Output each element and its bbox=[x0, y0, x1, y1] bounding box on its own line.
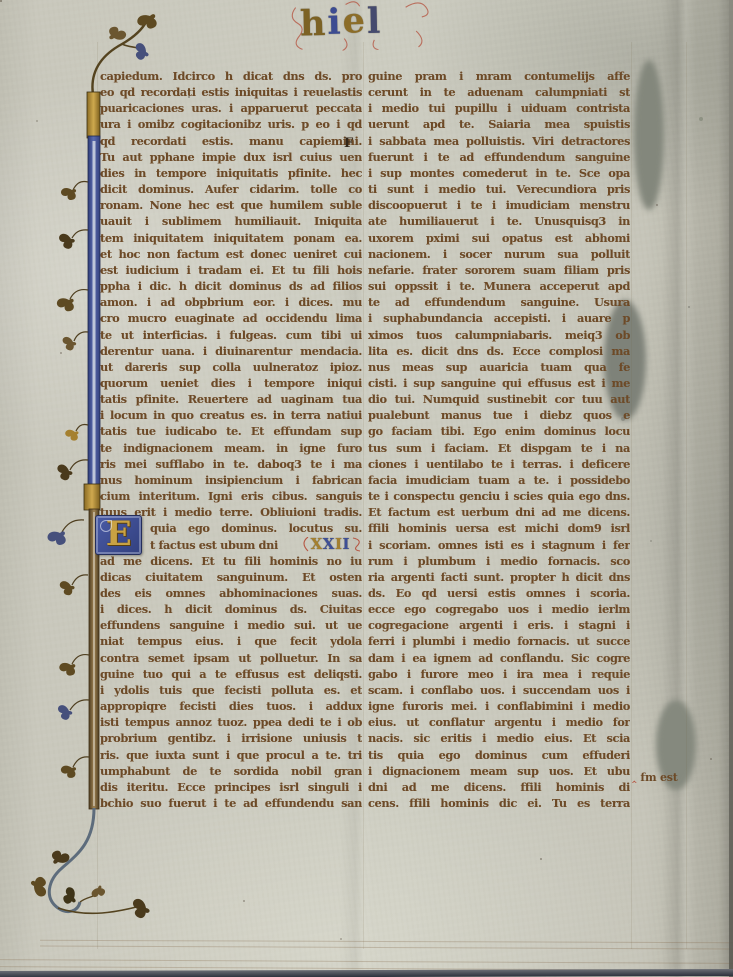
text-line: effundens sanguine i medio sui. ut ue bbox=[100, 617, 362, 633]
text-line: ximos tuos calumpniabaris. meiq3 ob bbox=[368, 327, 630, 343]
text-line: nefarie. frater sororem suam filiam pris bbox=[368, 262, 630, 278]
ruling-line-horizontal bbox=[0, 959, 733, 964]
text-line: probrium gentibz. i irrisione uniusis t bbox=[100, 730, 362, 746]
bottom-vine bbox=[49, 808, 140, 913]
text-line: des eis omnes abhominaciones suas. bbox=[100, 585, 362, 601]
text-line: cisti. i sup sanguine qui effusus est i … bbox=[368, 375, 630, 391]
text-line: gabo i furore meo i ira mea i requie bbox=[368, 666, 630, 682]
text-line: dni ad me dicens. ffili hominis di bbox=[368, 779, 630, 795]
text-line: t factus est ubum dni bbox=[150, 537, 278, 553]
text-line: discoopuerut i te i imudiciam menstru bbox=[368, 197, 630, 213]
text-line: amon. i ad obpbrium eor. i dices. mu bbox=[100, 294, 362, 310]
red-penwork-flourish-icon bbox=[351, 537, 361, 552]
text-line: igne furoris mei. i conflabimini i medio bbox=[368, 698, 630, 714]
chapter-numeral: X X I I bbox=[301, 537, 362, 552]
text-line: nacionem. i socer nurum sua polluit bbox=[368, 246, 630, 262]
text-line: ppha i dic. h dicit dominus ds ad filios bbox=[100, 278, 362, 294]
text-line: dam i ea ignem ad conflandu. Sic cogre bbox=[368, 650, 630, 666]
running-title-letter: h bbox=[300, 2, 328, 47]
text-line: eo qd recordati estis iniquitas i reuela… bbox=[100, 84, 362, 100]
text-line: tatis tue iudicabo te. Et effundam sup bbox=[100, 423, 362, 439]
text-line: dis iteritu. Ecce principes isrl singuli… bbox=[100, 779, 362, 795]
text-line: uxorem pximi sui opatus est abhomi bbox=[368, 230, 630, 246]
text-line: uerunt apd te. Saiaria mea spuistis bbox=[368, 116, 630, 132]
chapter-opening-block: E quia ego dominus. locutus su. t factus… bbox=[100, 520, 362, 552]
text-line: i dices. h dicit dominus ds. Ciuitas bbox=[100, 601, 362, 617]
red-penwork-flourish-icon bbox=[302, 537, 310, 552]
parchment-specks bbox=[0, 0, 2, 2]
text-line: isti tempus annoz tuoz. ppea dedi te i o… bbox=[100, 714, 362, 730]
illuminated-initial-E: E bbox=[95, 515, 142, 555]
text-line: fuerunt i te ad effundendum sanguine bbox=[368, 149, 630, 165]
text-line: quorum ueniet dies i tempore iniqui bbox=[100, 375, 362, 391]
manuscript-photo: hiel bbox=[0, 0, 733, 977]
text-line: tatis pfinite. Reuertere ad uaginam tua bbox=[100, 391, 362, 407]
photo-page-edge-bottom bbox=[0, 969, 733, 977]
running-title-letter: e bbox=[342, 0, 367, 44]
text-line: nus hominum insipiencium i fabrican bbox=[100, 472, 362, 488]
ruling-line-vertical bbox=[363, 42, 364, 949]
text-line: cogregacione argenti i eris. i stagni i bbox=[368, 617, 630, 633]
show-through-blotch bbox=[634, 60, 664, 210]
ruling-line-horizontal bbox=[40, 940, 733, 943]
text-line: cens. ffili hominis dic ei. Tu es terra bbox=[368, 795, 630, 811]
caret-mark-icon: ‸ bbox=[631, 774, 637, 784]
text-line: nus meas sup auaricia tuam qua fe bbox=[368, 359, 630, 375]
text-line: i locum in quo creatus es. in terra nati… bbox=[100, 407, 362, 423]
text-line: pualebunt manus tue i diebz quos e bbox=[368, 407, 630, 423]
text-line: rum i plumbum i medio fornacis. sco bbox=[368, 553, 630, 569]
photo-page-edge-right bbox=[729, 0, 733, 977]
text-line: go faciam tibi. Ego enim dominus locu bbox=[368, 423, 630, 439]
text-line: scam. i conflabo uos. i succendam uos i bbox=[368, 682, 630, 698]
text-line: cro mucro euaginate ad occidendu lima bbox=[100, 310, 362, 326]
text-line: ris mei sufflabo in te. daboq3 te i ma bbox=[100, 456, 362, 472]
text-line: bchio suo fuerut i te ad effundendu san bbox=[100, 795, 362, 811]
text-line: ti sunt i medio tui. Verecundiora pris bbox=[368, 181, 630, 197]
text-line: ecce ego cogregabo uos i medio ierlm bbox=[368, 601, 630, 617]
text-line: ferri i plumbi i medio fornacis. ut succ… bbox=[368, 633, 630, 649]
text-line: umphabunt de te sordida nobil gran bbox=[100, 763, 362, 779]
text-line: Tu aut pphane impie dux isrl cuius uen bbox=[100, 149, 362, 165]
text-line: facia imudiciam tuam a te. i possidebo bbox=[368, 472, 630, 488]
text-line: i dignacionem meam sup uos. Et ubu bbox=[368, 763, 630, 779]
text-line: dicas ciuitatem sanguinum. Et osten bbox=[100, 569, 362, 585]
text-line: uauit i sublimem humiliauit. Iniquita bbox=[100, 213, 362, 229]
text-line: Et factum est uerbum dni ad me dicens. bbox=[368, 504, 630, 520]
text-line: i suphabundancia accepisti. i auare p bbox=[368, 310, 630, 326]
text-line: i sup montes comederut in te. Sce opa bbox=[368, 165, 630, 181]
text-line: ffili hominis uersa est michi dom9 isrl bbox=[368, 520, 630, 536]
ruling-line-horizontal bbox=[40, 945, 733, 949]
text-line: tem iniquitatem iniquitatem ponam ea. bbox=[100, 230, 362, 246]
text-line: tus sum i faciam. Et dispgam te i na bbox=[368, 440, 630, 456]
vertical-crease-shadow bbox=[662, 0, 696, 977]
text-line: capiedum. Idcirco h dicat dns ds. pro bbox=[100, 68, 362, 84]
ruling-line-vertical bbox=[631, 42, 632, 949]
text-line: guine pram i mram contumelijs affe bbox=[368, 68, 630, 84]
text-line: nacis. sic eritis i medio eius. Et scia bbox=[368, 730, 630, 746]
margin-correction-note: ‸fm est bbox=[631, 771, 678, 784]
text-line: eius. ut conflatur argentu i medio for bbox=[368, 714, 630, 730]
text-line: ad me dicens. Et tu fili hominis no iu bbox=[100, 553, 362, 569]
text-line: contra semet ipsam ut polluetur. In sa bbox=[100, 650, 362, 666]
running-title: hiel bbox=[300, 0, 441, 49]
running-title-letter: l bbox=[367, 0, 383, 44]
text-line: qd recordati estis. manu capiemini. bbox=[100, 133, 362, 149]
text-line: dies in tempore iniquitatis pfinite. hec bbox=[100, 165, 362, 181]
text-line: te i conspectu genciu i scies quia ego d… bbox=[368, 488, 630, 504]
text-line: dio tui. Numquid sustinebit cor tuu aut bbox=[368, 391, 630, 407]
text-line: i ydolis tuis que fecisti polluta es. et bbox=[100, 682, 362, 698]
text-line: sui oppssit i te. Munera acceperut apd bbox=[368, 278, 630, 294]
text-line: niat tempus eius. i que fecit ydola bbox=[100, 633, 362, 649]
text-line: i scoriam. omnes isti es i stagnum i fer bbox=[368, 537, 630, 553]
text-line: i sabbata mea polluistis. Viri detractor… bbox=[368, 133, 630, 149]
side-sprigs bbox=[62, 181, 89, 767]
text-line: guine tuo qui a te effusus est deliqsti. bbox=[100, 666, 362, 682]
text-line: ate humiliauerut i te. Unusquisq3 in bbox=[368, 213, 630, 229]
text-line: te indignacionem meam. in igne furo bbox=[100, 440, 362, 456]
text-line: te ad effundendum sanguine. Usura bbox=[368, 294, 630, 310]
text-line: puaricaciones uras. i apparuerut peccata bbox=[100, 100, 362, 116]
text-line: derentur uana. i diuinarentur mendacia. bbox=[100, 343, 362, 359]
column-1-lower-lines: ad me dicens. Et tu fili hominis no iudi… bbox=[100, 553, 362, 812]
column-1-upper-lines: capiedum. Idcirco h dicat dns ds. proeo … bbox=[100, 68, 362, 520]
ruling-line-vertical bbox=[97, 42, 98, 949]
text-line: lita es. dicit dns ds. Ecce complosi ma bbox=[368, 343, 630, 359]
column-2-lines: guine pram i mram contumelijs affecerunt… bbox=[368, 68, 630, 811]
text-line: cium interitum. Igni eris cibus. sanguis bbox=[100, 488, 362, 504]
text-line: ura i omibz cogitacionibz uris. p eo i q… bbox=[100, 116, 362, 132]
text-line: ronam. None hec est que humilem suble bbox=[100, 197, 362, 213]
running-title-letter: i bbox=[327, 1, 343, 45]
text-line: ria argenti facti sunt. propter h dicit … bbox=[368, 569, 630, 585]
text-line: cerunt in te aduenam calumpniati st bbox=[368, 84, 630, 100]
ruling-line-vertical bbox=[686, 42, 687, 949]
text-line: tis quia ego dominus cum effuderi bbox=[368, 747, 630, 763]
text-line: ris. que iuxta sunt i que procul a te. t… bbox=[100, 747, 362, 763]
text-line: dicit dominus. Aufer cidarim. tolle co bbox=[100, 181, 362, 197]
text-line: ciones i uentilabo te i terras. i defice… bbox=[368, 456, 630, 472]
text-line: te ut interficias. i fulgeas. cum tibi u… bbox=[100, 327, 362, 343]
text-line: est iudicium i tradam ei. Et tu fili hoi… bbox=[100, 262, 362, 278]
text-line: et hoc non factum est donec ueniret cui bbox=[100, 246, 362, 262]
text-line: i medio tui pupillu i uiduam contrista bbox=[368, 100, 630, 116]
text-column-right: guine pram i mram contumelijs affecerunt… bbox=[368, 68, 630, 811]
margin-guide-letter: F bbox=[344, 136, 353, 151]
text-line: ds. Eo qd uersi estis omnes i scoria. bbox=[368, 585, 630, 601]
text-line: appropiqre fecisti dies tuos. i addux bbox=[100, 698, 362, 714]
text-column-left: capiedum. Idcirco h dicat dns ds. proeo … bbox=[100, 68, 362, 811]
text-line: ut dareris sup colla uulneratoz ipioz. bbox=[100, 359, 362, 375]
